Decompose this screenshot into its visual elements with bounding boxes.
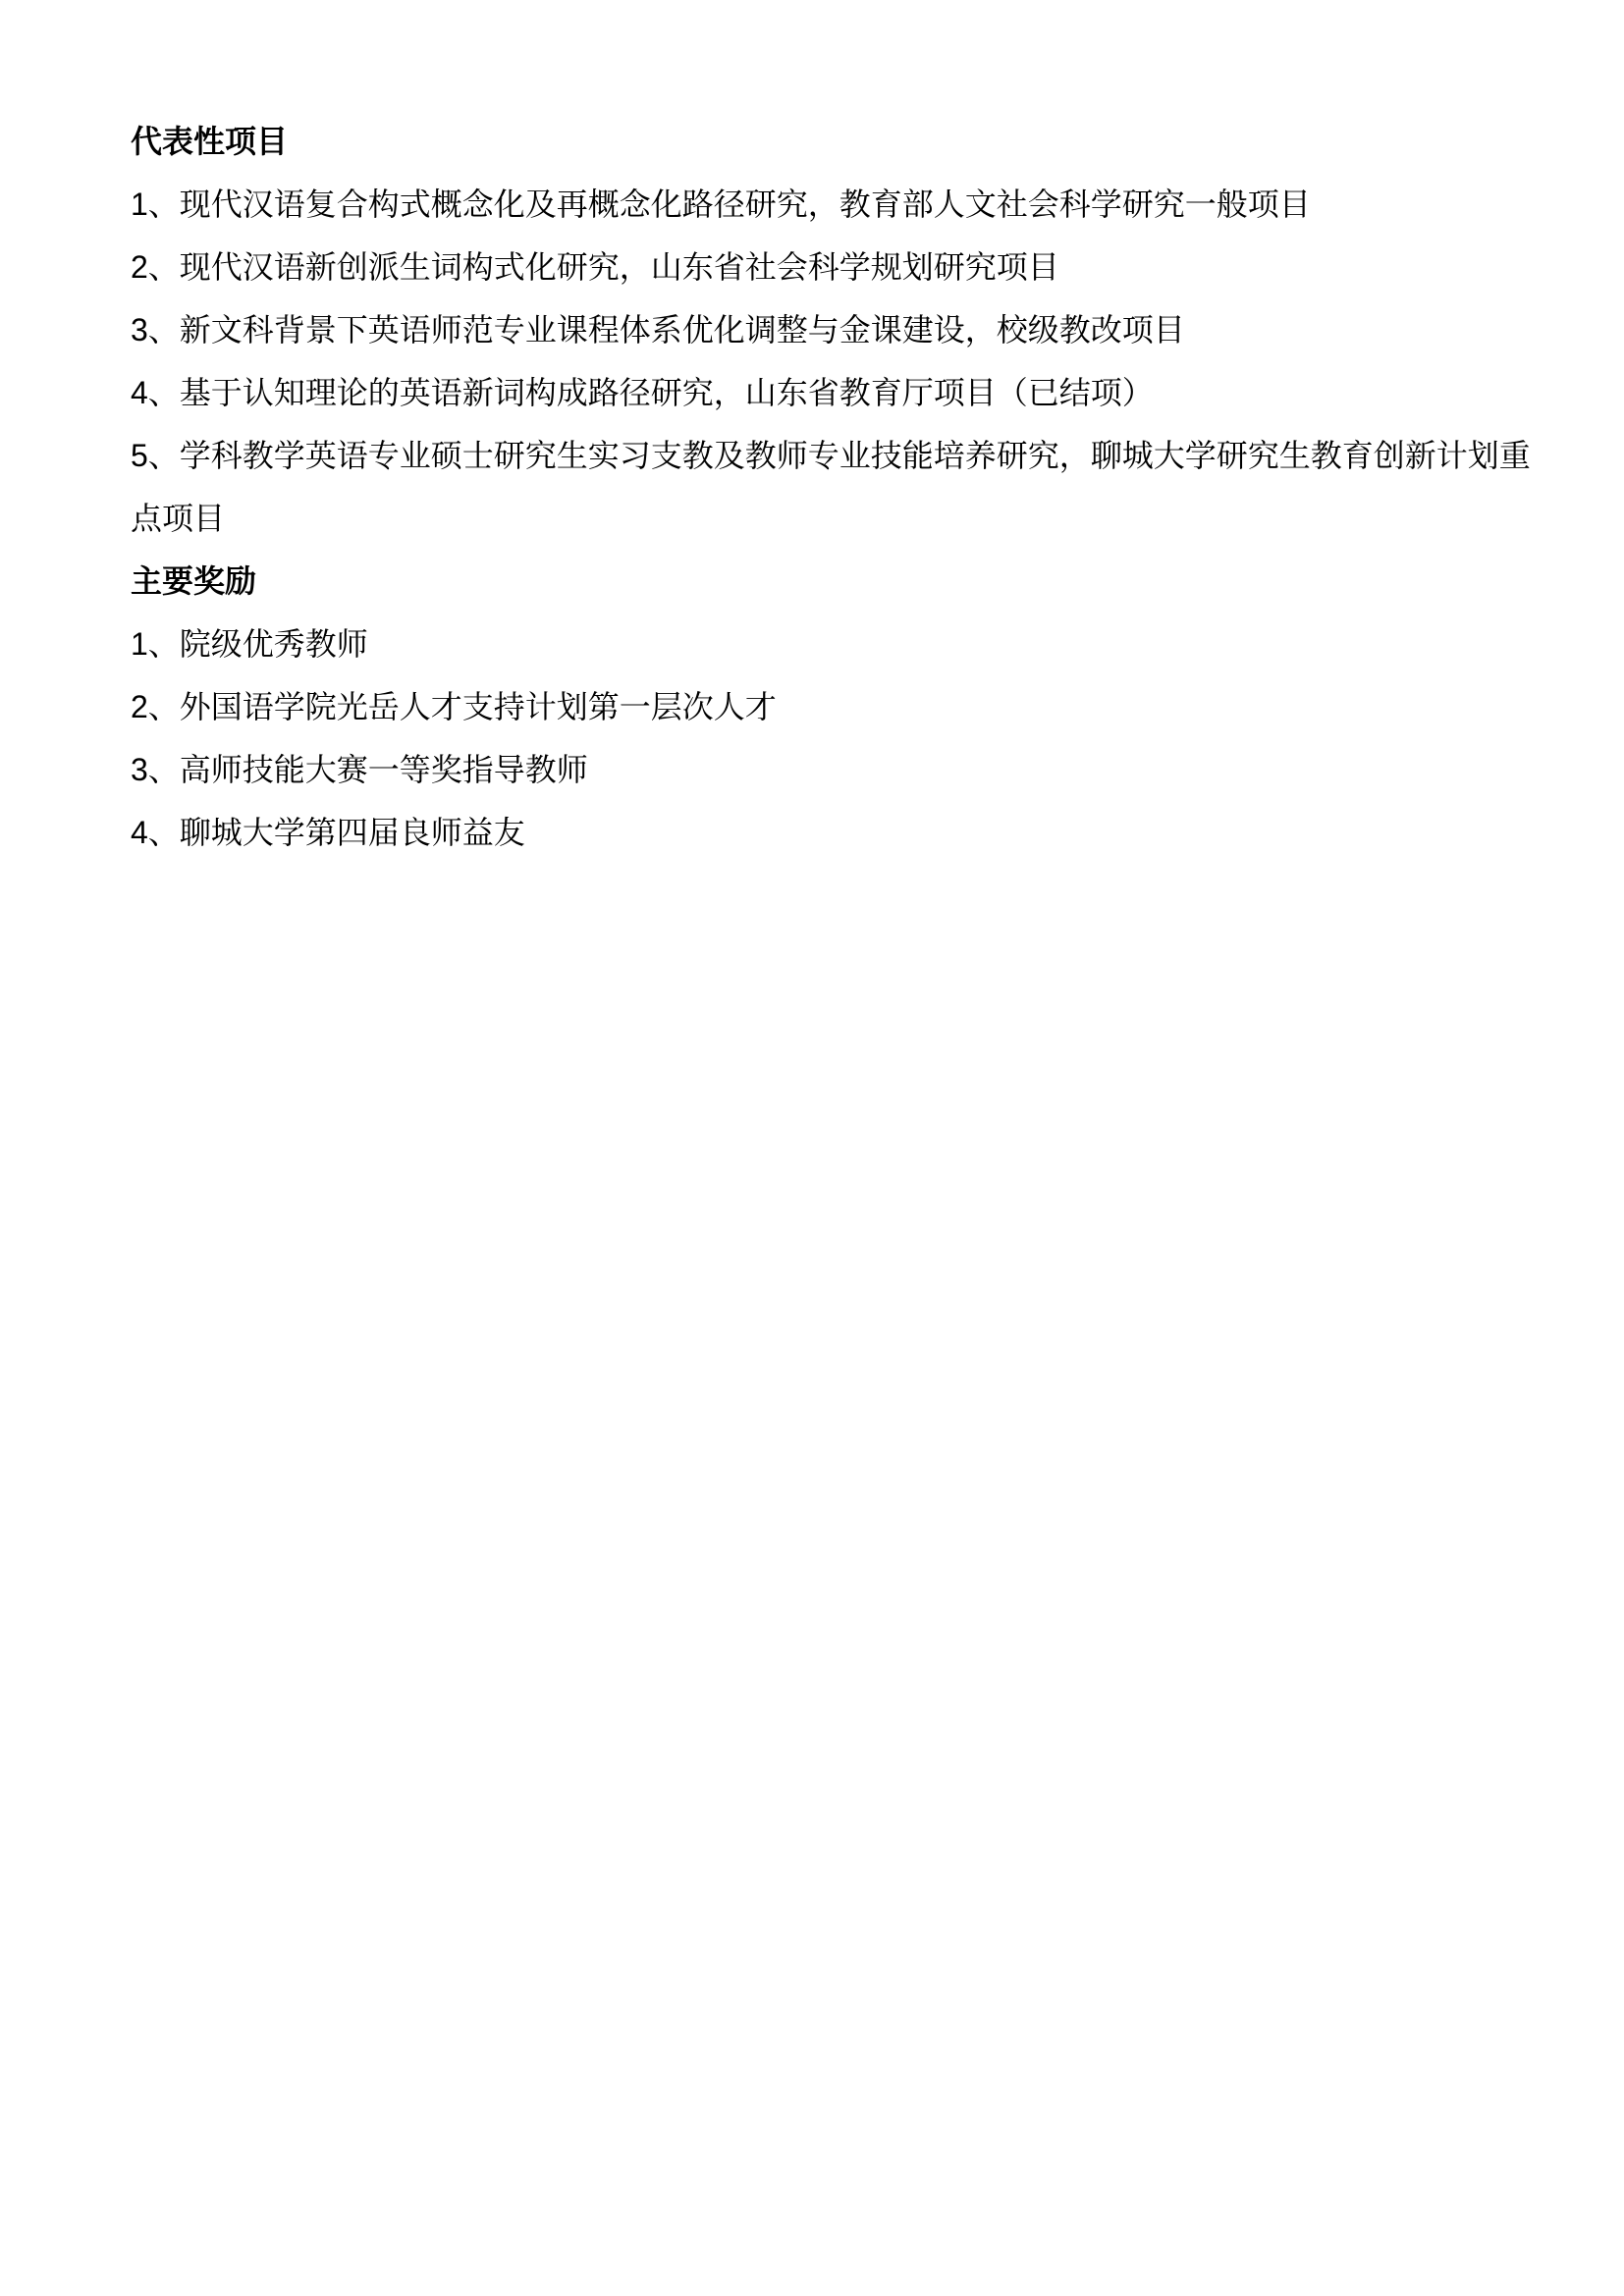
- section-heading-representative-projects: 代表性项目: [131, 110, 1544, 173]
- award-item-3: 3、高师技能大赛一等奖指导教师: [131, 738, 1544, 801]
- document-content: 代表性项目 1、现代汉语复合构式概念化及再概念化路径研究，教育部人文社会科学研究…: [131, 110, 1544, 864]
- project-item-5: 5、学科教学英语专业硕士研究生实习支教及教师专业技能培养研究，聊城大学研究生教育…: [131, 424, 1544, 550]
- award-item-2: 2、外国语学院光岳人才支持计划第一层次人才: [131, 675, 1544, 738]
- project-item-4: 4、基于认知理论的英语新词构成路径研究，山东省教育厅项目（已结项）: [131, 361, 1544, 424]
- project-item-2: 2、现代汉语新创派生词构式化研究，山东省社会科学规划研究项目: [131, 236, 1544, 298]
- project-item-3: 3、新文科背景下英语师范专业课程体系优化调整与金课建设，校级教改项目: [131, 298, 1544, 361]
- section-heading-main-awards: 主要奖励: [131, 550, 1544, 613]
- project-item-1: 1、现代汉语复合构式概念化及再概念化路径研究，教育部人文社会科学研究一般项目: [131, 173, 1544, 236]
- award-item-4: 4、聊城大学第四届良师益友: [131, 801, 1544, 864]
- award-item-1: 1、院级优秀教师: [131, 613, 1544, 675]
- document-page: 代表性项目 1、现代汉语复合构式概念化及再概念化路径研究，教育部人文社会科学研究…: [0, 0, 1624, 2296]
